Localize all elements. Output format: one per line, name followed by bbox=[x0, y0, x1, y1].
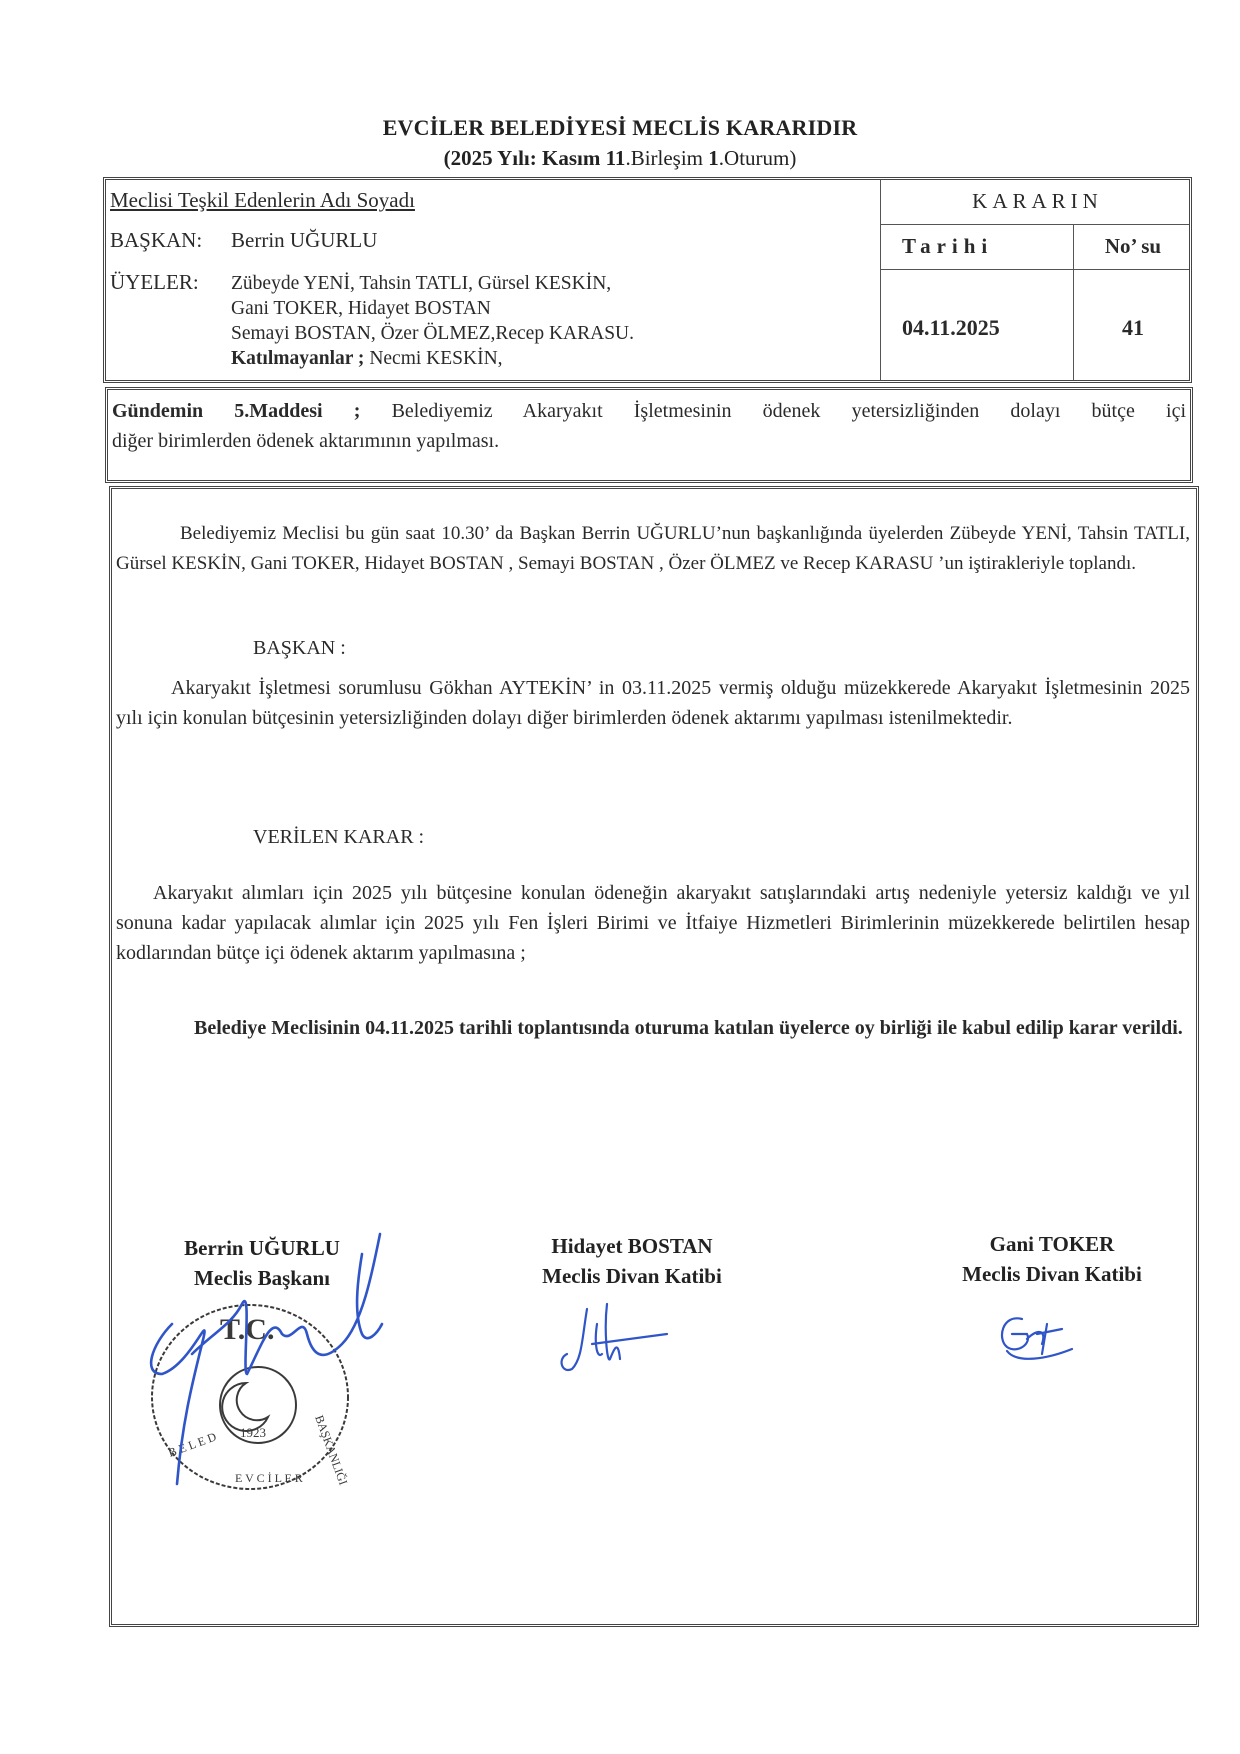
agenda-box: Gündemin 5.Maddesi ; Belediyemiz Akaryak… bbox=[105, 387, 1193, 483]
subtitle-birlesim: .Birleşim bbox=[625, 146, 708, 170]
members-list: Zübeyde YENİ, Tahsin TATLI, Gürsel KESKİ… bbox=[231, 271, 634, 371]
president-heading: BAŞKAN : bbox=[253, 633, 346, 663]
table-divider bbox=[880, 269, 1189, 270]
absent-names: Necmi KESKİN, bbox=[369, 348, 502, 369]
table-divider bbox=[880, 224, 1189, 225]
decision-date: 04.11.2025 bbox=[902, 315, 1000, 341]
decision-body-box: Belediyemiz Meclisi bu gün saat 10.30’ d… bbox=[109, 486, 1199, 1627]
secretary-1-signature-icon bbox=[552, 1299, 672, 1379]
subtitle-oturum: .Oturum) bbox=[719, 146, 797, 170]
subtitle-oturum-number: 1 bbox=[708, 146, 719, 170]
date-label: Tarihi bbox=[902, 234, 993, 259]
agenda-text: Belediyemiz Akaryakıt İşletmesinin ödene… bbox=[392, 400, 1186, 422]
signatory-title: Meclis Divan Katibi bbox=[932, 1259, 1172, 1289]
president-name: Berrin UĞURLU bbox=[231, 228, 377, 253]
signatory-title: Meclis Divan Katibi bbox=[512, 1261, 752, 1291]
members-line: Gani TOKER, Hidayet BOSTAN bbox=[231, 296, 634, 321]
president-statement: Akaryakıt İşletmesi sorumlusu Gökhan AYT… bbox=[116, 673, 1190, 733]
document-title: EVCİLER BELEDİYESİ MECLİS KARARIDIR bbox=[0, 115, 1240, 141]
members-line: Semayi BOSTAN, Özer ÖLMEZ,Recep KARASU. bbox=[231, 321, 634, 346]
decision-text: Akaryakıt alımları için 2025 yılı bütçes… bbox=[116, 878, 1190, 968]
signature-block-secretary-2: Gani TOKER Meclis Divan Katibi bbox=[932, 1229, 1172, 1289]
members-heading: Meclisi Teşkil Edenlerin Adı Soyadı bbox=[110, 188, 415, 213]
president-signature-icon bbox=[132, 1224, 382, 1494]
document-subtitle: (2025 Yılı: Kasım 11.Birleşim 1.Oturum) bbox=[0, 146, 1240, 171]
absent-line: Katılmayanlar ; Necmi KESKİN, bbox=[231, 346, 634, 371]
agenda-line-1: Gündemin 5.Maddesi ; Belediyemiz Akaryak… bbox=[112, 396, 1186, 426]
agenda-label: Gündemin 5.Maddesi ; bbox=[112, 400, 360, 422]
decision-heading-text: VERİLEN KARAR : bbox=[253, 822, 424, 852]
president-label: BAŞKAN: bbox=[110, 228, 202, 253]
decision-heading: KARARIN bbox=[880, 189, 1195, 214]
subtitle-session-year: (2025 Yılı: Kasım 11 bbox=[444, 146, 626, 170]
number-label: No’ su bbox=[1073, 234, 1193, 259]
conclusion-text: Belediye Meclisinin 04.11.2025 tarihli t… bbox=[116, 1013, 1190, 1043]
meeting-intro: Belediyemiz Meclisi bu gün saat 10.30’ d… bbox=[116, 519, 1190, 579]
agenda-line-2: diğer birimlerden ödenek aktarımının yap… bbox=[112, 426, 499, 456]
members-line: Zübeyde YENİ, Tahsin TATLI, Gürsel KESKİ… bbox=[231, 271, 634, 296]
signature-block-secretary-1: Hidayet BOSTAN Meclis Divan Katibi bbox=[512, 1231, 752, 1291]
decision-number: 41 bbox=[1073, 315, 1193, 341]
signatory-name: Gani TOKER bbox=[932, 1229, 1172, 1259]
members-decision-table: Meclisi Teşkil Edenlerin Adı Soyadı BAŞK… bbox=[103, 177, 1192, 383]
members-label: ÜYELER: bbox=[110, 270, 199, 295]
signatory-name: Hidayet BOSTAN bbox=[512, 1231, 752, 1261]
absent-label: Katılmayanlar ; bbox=[231, 348, 364, 369]
secretary-2-signature-icon bbox=[992, 1309, 1082, 1369]
